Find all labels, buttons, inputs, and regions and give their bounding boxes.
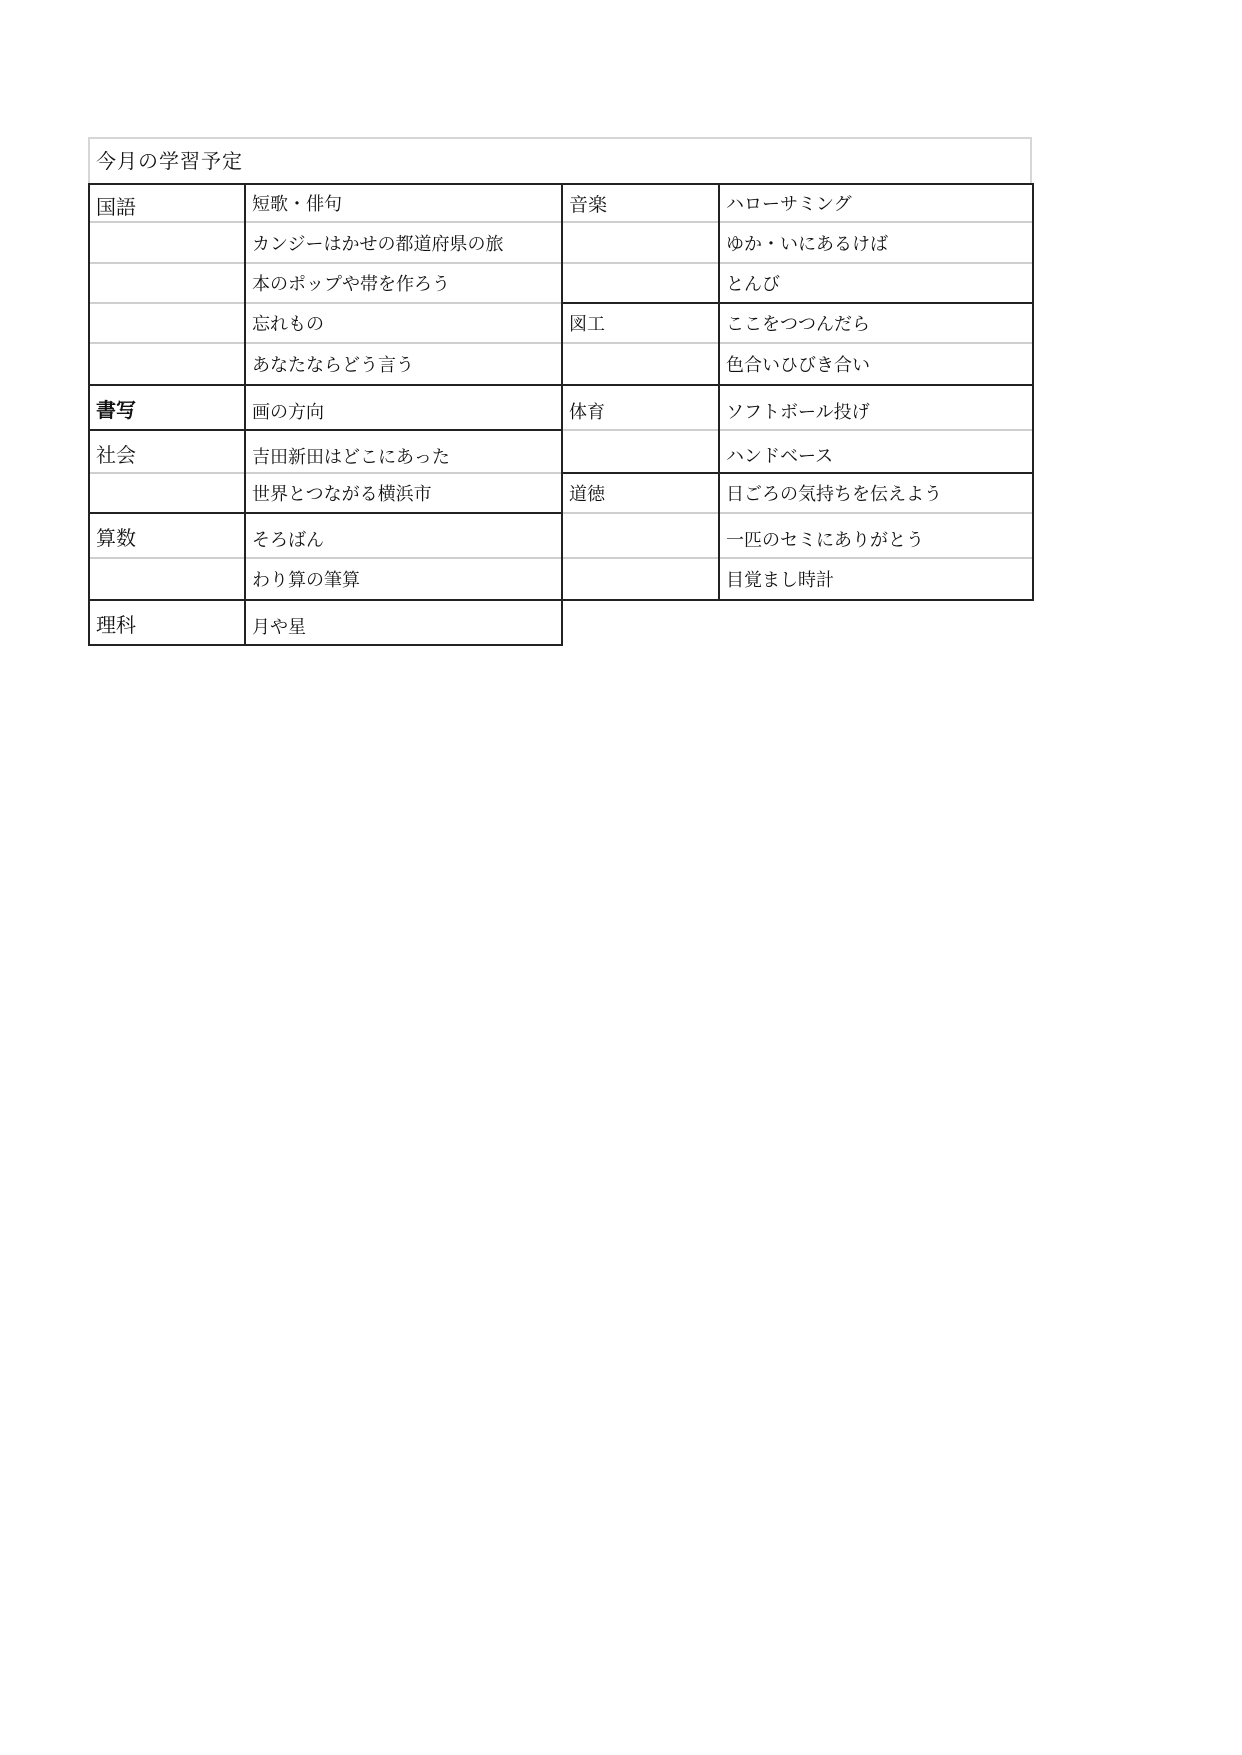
table-row: 社会 吉田新田はどこにあった ハンドベース bbox=[89, 430, 1033, 473]
topic-cell: ソフトボール投げ bbox=[719, 385, 1033, 430]
subject-cell bbox=[89, 473, 245, 513]
table-row: わり算の筆算 目覚まし時計 bbox=[89, 558, 1033, 600]
table-row: 世界とつながる横浜市 道徳 日ごろの気持ちを伝えよう bbox=[89, 473, 1033, 513]
subject-cell bbox=[89, 303, 245, 343]
schedule-sheet: 今月の学習予定 国語 短歌・俳句 音楽 ハローサミング カンジーはかせの都道府県… bbox=[88, 137, 1032, 646]
topic-cell: ここをつつんだら bbox=[719, 303, 1033, 343]
subject-cell: 図工 bbox=[562, 303, 719, 343]
subject-cell bbox=[562, 263, 719, 303]
subject-cell bbox=[89, 222, 245, 263]
table-row: 本のポップや帯を作ろう とんび bbox=[89, 263, 1033, 303]
topic-cell: 一匹のセミにありがとう bbox=[719, 513, 1033, 558]
topic-cell: 短歌・俳句 bbox=[245, 184, 562, 222]
page-title: 今月の学習予定 bbox=[88, 137, 1032, 183]
topic-cell: 忘れもの bbox=[245, 303, 562, 343]
table-row: 国語 短歌・俳句 音楽 ハローサミング bbox=[89, 184, 1033, 222]
subject-cell: 国語 bbox=[89, 184, 245, 222]
subject-cell bbox=[89, 343, 245, 385]
topic-cell: 画の方向 bbox=[245, 385, 562, 430]
topic-cell: ゆか・いにあるけば bbox=[719, 222, 1033, 263]
topic-cell: 日ごろの気持ちを伝えよう bbox=[719, 473, 1033, 513]
topic-cell: あなたならどう言う bbox=[245, 343, 562, 385]
subject-cell bbox=[562, 343, 719, 385]
table-row: カンジーはかせの都道府県の旅 ゆか・いにあるけば bbox=[89, 222, 1033, 263]
topic-cell: とんび bbox=[719, 263, 1033, 303]
topic-cell: 色合いひびき合い bbox=[719, 343, 1033, 385]
subject-cell bbox=[89, 558, 245, 600]
topic-cell: そろばん bbox=[245, 513, 562, 558]
subject-cell bbox=[89, 263, 245, 303]
subject-cell: 書写 bbox=[89, 385, 245, 430]
subject-cell bbox=[562, 222, 719, 263]
subject-cell: 理科 bbox=[89, 600, 245, 645]
topic-cell: 目覚まし時計 bbox=[719, 558, 1033, 600]
topic-cell: カンジーはかせの都道府県の旅 bbox=[245, 222, 562, 263]
subject-cell bbox=[562, 513, 719, 558]
table-row: 理科 月や星 bbox=[89, 600, 1033, 645]
topic-cell: 月や星 bbox=[245, 600, 562, 645]
topic-cell: ハンドベース bbox=[719, 430, 1033, 473]
subject-cell: 算数 bbox=[89, 513, 245, 558]
subject-cell: 道徳 bbox=[562, 473, 719, 513]
schedule-table: 国語 短歌・俳句 音楽 ハローサミング カンジーはかせの都道府県の旅 ゆか・いに… bbox=[88, 183, 1034, 646]
subject-cell: 体育 bbox=[562, 385, 719, 430]
subject-cell bbox=[562, 430, 719, 473]
subject-cell: 社会 bbox=[89, 430, 245, 473]
table-row: 算数 そろばん 一匹のセミにありがとう bbox=[89, 513, 1033, 558]
table-row: あなたならどう言う 色合いひびき合い bbox=[89, 343, 1033, 385]
subject-cell bbox=[562, 558, 719, 600]
topic-cell: 世界とつながる横浜市 bbox=[245, 473, 562, 513]
topic-cell: 本のポップや帯を作ろう bbox=[245, 263, 562, 303]
topic-cell: ハローサミング bbox=[719, 184, 1033, 222]
empty-cell bbox=[562, 600, 719, 645]
subject-cell: 音楽 bbox=[562, 184, 719, 222]
table-row: 書写 画の方向 体育 ソフトボール投げ bbox=[89, 385, 1033, 430]
empty-cell bbox=[719, 600, 1033, 645]
topic-cell: 吉田新田はどこにあった bbox=[245, 430, 562, 473]
table-row: 忘れもの 図工 ここをつつんだら bbox=[89, 303, 1033, 343]
topic-cell: わり算の筆算 bbox=[245, 558, 562, 600]
